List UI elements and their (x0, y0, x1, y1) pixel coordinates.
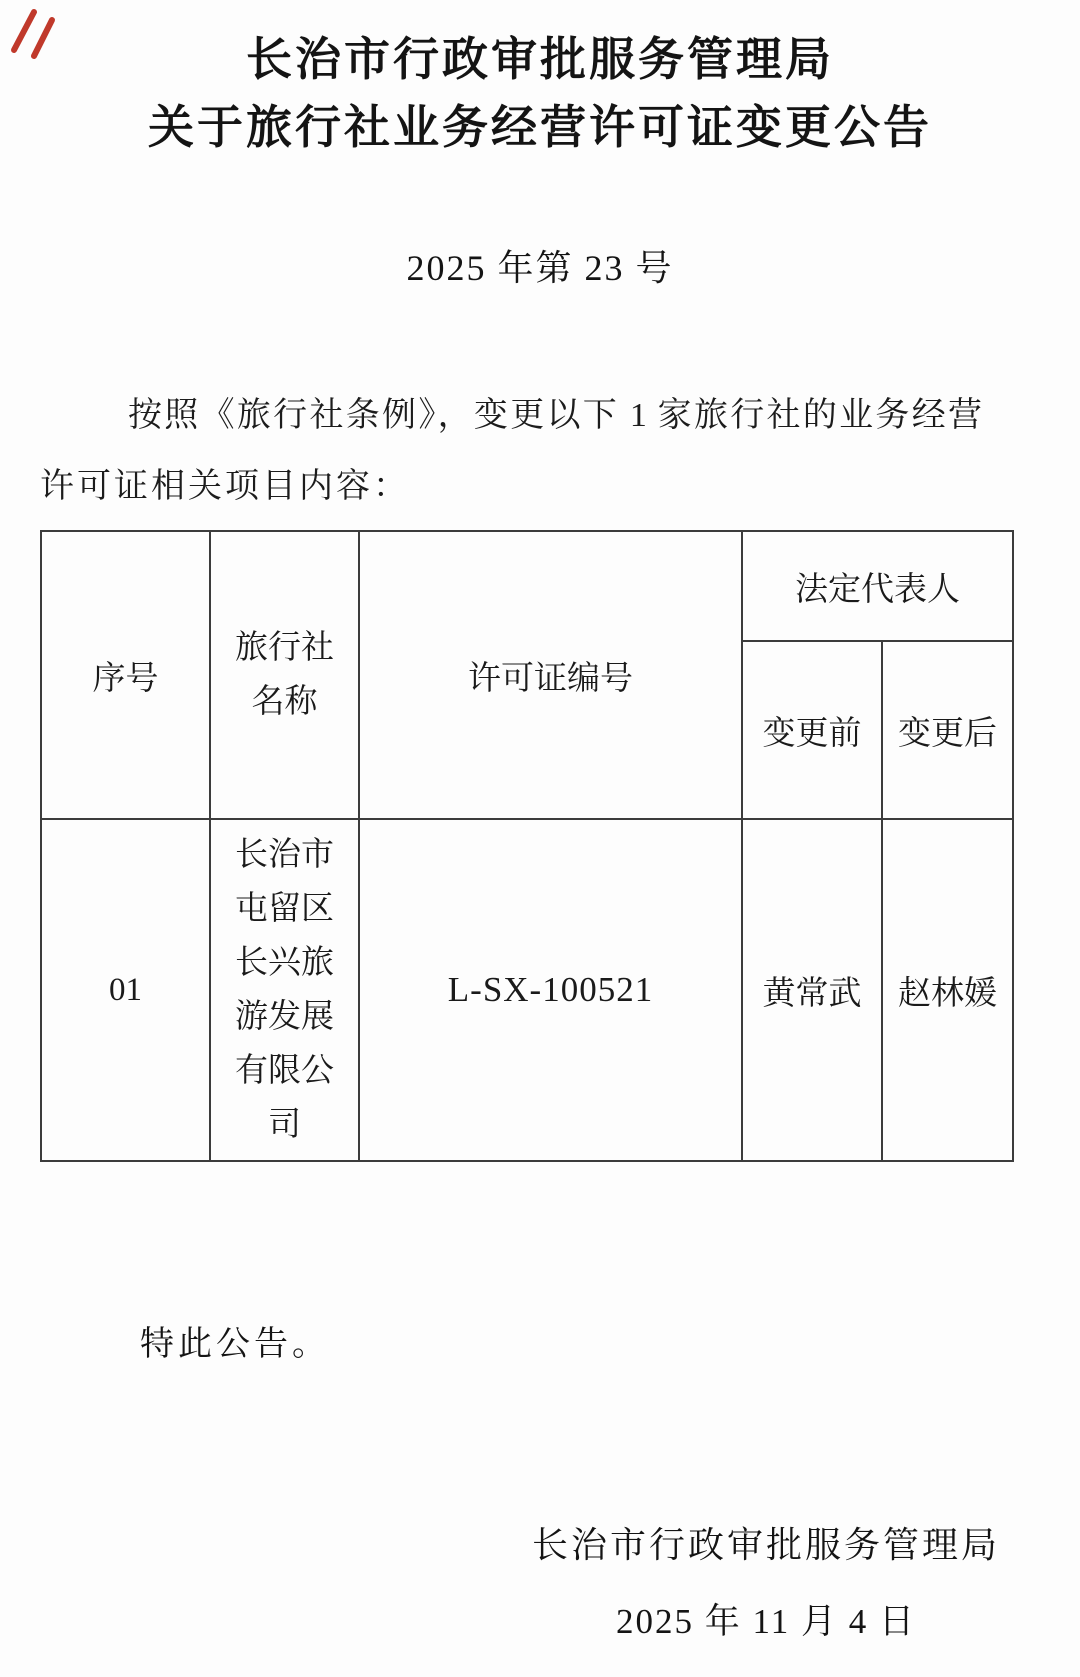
cell-index: 01 (41, 819, 210, 1161)
document-number: 2025 年第 23 号 (0, 240, 1080, 291)
table-row: 01 长治市屯留区长兴旅游发展有限公司 L-SX-100521 黄常武 赵林媛 (41, 819, 1013, 1161)
cell-rep-before: 黄常武 (742, 819, 882, 1161)
body-paragraph: 按照《旅行社条例》，变更以下 1 家旅行社的业务经营 许可证相关项目内容： (40, 380, 982, 522)
paragraph-line-2: 许可证相关项目内容： (40, 451, 982, 522)
paragraph-line-1: 按照《旅行社条例》，变更以下 1 家旅行社的业务经营 (40, 380, 982, 451)
cell-rep-after: 赵林媛 (882, 819, 1013, 1161)
cell-license-number: L-SX-100521 (359, 819, 742, 1161)
license-change-table: 序号 旅行社名称 许可证编号 法定代表人 变更前 变更后 01 长治市屯留区长兴… (40, 530, 1014, 1162)
table-header-row-top: 序号 旅行社名称 许可证编号 法定代表人 (41, 531, 1013, 641)
header-after-change: 变更后 (882, 641, 1013, 819)
header-legal-representative: 法定代表人 (742, 531, 1013, 641)
signature-block: 长治市行政审批服务管理局 2025 年 11 月 4 日 (532, 1522, 1000, 1644)
cell-agency-name-text: 长治市屯留区长兴旅游发展有限公司 (234, 828, 336, 1152)
document-title-line1: 长治市行政审批服务管理局 (0, 26, 1080, 94)
document-title-line2: 关于旅行社业务经营许可证变更公告 (0, 94, 1080, 162)
header-agency-name: 旅行社名称 (210, 531, 359, 819)
header-license-number: 许可证编号 (359, 531, 742, 819)
header-before-change: 变更前 (742, 641, 882, 819)
signature-date: 2025 年 11 月 4 日 (532, 1600, 1000, 1644)
cell-agency-name: 长治市屯留区长兴旅游发展有限公司 (210, 819, 359, 1161)
closing-statement: 特此公告。 (140, 1316, 330, 1365)
cell-license-number-text: L-SX-100521 (448, 970, 653, 1009)
header-index: 序号 (41, 531, 210, 819)
announcement-document: 长治市行政审批服务管理局 关于旅行社业务经营许可证变更公告 2025 年第 23… (0, 0, 1080, 1677)
header-agency-name-text: 旅行社名称 (234, 621, 336, 729)
document-title: 长治市行政审批服务管理局 关于旅行社业务经营许可证变更公告 (0, 26, 1080, 162)
signature-organization: 长治市行政审批服务管理局 (532, 1522, 1000, 1568)
